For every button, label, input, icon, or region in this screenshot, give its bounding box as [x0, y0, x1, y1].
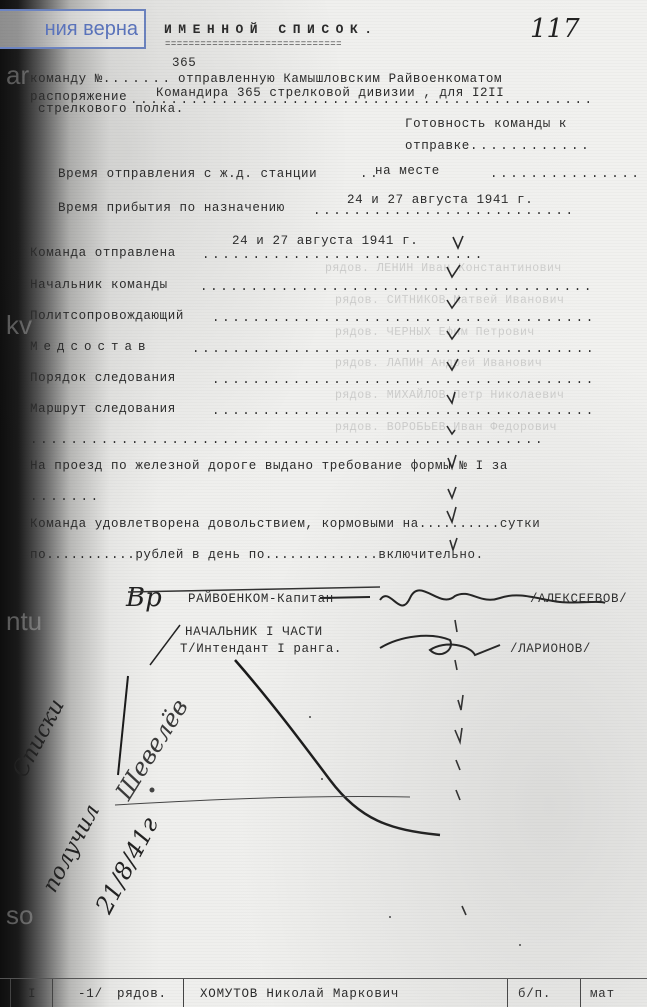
row-extra: мат: [590, 987, 615, 1001]
row-number: I: [28, 987, 36, 1001]
roster-table-row: I -1/ рядов. ХОМУТОВ Николай Маркович б/…: [0, 978, 647, 1007]
scanned-document: ar kv ntu so рядов. ЛЕНИН Иван Константи…: [0, 0, 647, 1007]
rank-mark: -1/: [78, 987, 103, 1001]
row-name: ХОМУТОВ Николай Маркович: [200, 987, 399, 1001]
row-party: б/п.: [518, 987, 551, 1001]
pen-strokes: [0, 0, 647, 1007]
row-rank: рядов.: [117, 987, 167, 1001]
